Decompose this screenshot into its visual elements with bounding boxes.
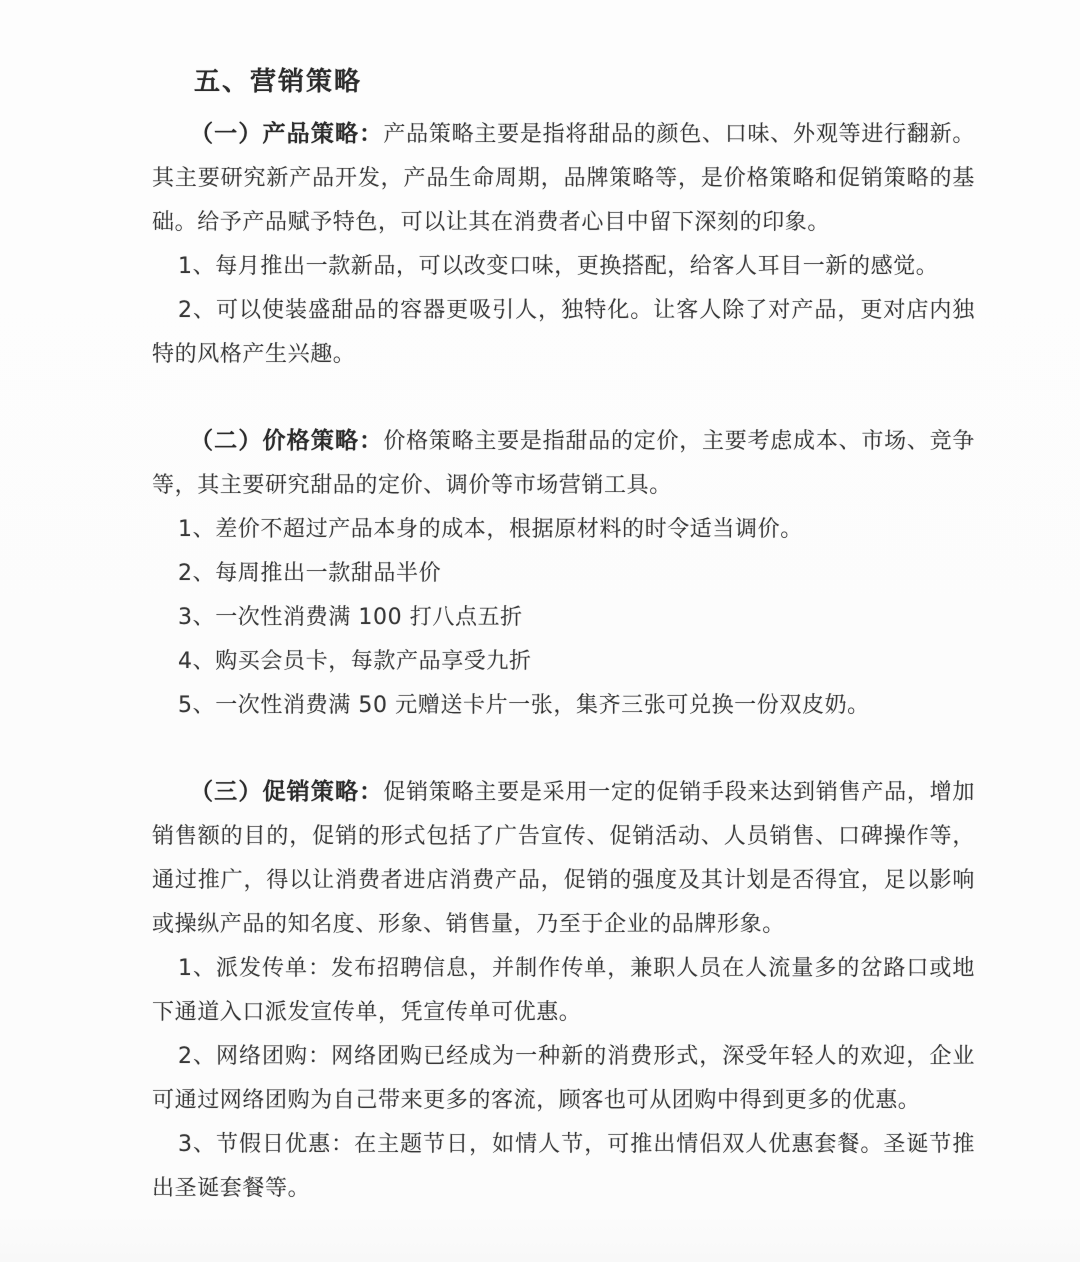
document-page: 五、营销策略 （一）产品策略：产品策略主要是指将甜品的颜色、口味、外观等进行翻新… xyxy=(0,0,1080,1262)
document-body: （一）产品策略：产品策略主要是指将甜品的颜色、口味、外观等进行翻新。其主要研究新… xyxy=(152,112,975,1211)
list-item: 1、每月推出一款新品，可以改变口味，更换搭配，给客人耳目一新的感觉。 xyxy=(152,245,975,289)
section-promotion-strategy: （三）促销策略：促销策略主要是采用一定的促销手段来达到销售产品，增加销售额的目的… xyxy=(152,770,975,1211)
list-item: 1、派发传单：发布招聘信息，并制作传单，兼职人员在人流量多的岔路口或地下通道入口… xyxy=(152,947,975,1035)
section-intro-paragraph: （一）产品策略：产品策略主要是指将甜品的颜色、口味、外观等进行翻新。其主要研究新… xyxy=(152,112,975,245)
section-product-strategy: （一）产品策略：产品策略主要是指将甜品的颜色、口味、外观等进行翻新。其主要研究新… xyxy=(152,112,975,377)
section-heading: （二）价格策略： xyxy=(190,428,383,454)
list-item: 2、可以使装盛甜品的容器更吸引人，独特化。让客人除了对产品，更对店内独特的风格产… xyxy=(152,289,975,377)
section-heading: （三）促销策略： xyxy=(190,779,383,805)
list-item: 5、一次性消费满 50 元赠送卡片一张，集齐三张可兑换一份双皮奶。 xyxy=(152,684,975,728)
section-intro-paragraph: （二）价格策略：价格策略主要是指甜品的定价，主要考虑成本、市场、竞争等，其主要研… xyxy=(152,419,975,508)
list-item: 2、每周推出一款甜品半价 xyxy=(152,552,975,596)
section-intro-paragraph: （三）促销策略：促销策略主要是采用一定的促销手段来达到销售产品，增加销售额的目的… xyxy=(152,770,975,947)
list-item: 1、差价不超过产品本身的成本，根据原材料的时令适当调价。 xyxy=(152,508,975,552)
list-item: 3、节假日优惠：在主题节日，如情人节，可推出情侣双人优惠套餐。圣诞节推出圣诞套餐… xyxy=(152,1123,975,1211)
list-item: 3、一次性消费满 100 打八点五折 xyxy=(152,596,975,640)
list-item: 2、网络团购：网络团购已经成为一种新的消费形式，深受年轻人的欢迎，企业可通过网络… xyxy=(152,1035,975,1123)
document-title: 五、营销策略 xyxy=(152,60,975,104)
section-heading: （一）产品策略： xyxy=(190,121,383,147)
section-price-strategy: （二）价格策略：价格策略主要是指甜品的定价，主要考虑成本、市场、竞争等，其主要研… xyxy=(152,419,975,728)
list-item: 4、购买会员卡，每款产品享受九折 xyxy=(152,640,975,684)
